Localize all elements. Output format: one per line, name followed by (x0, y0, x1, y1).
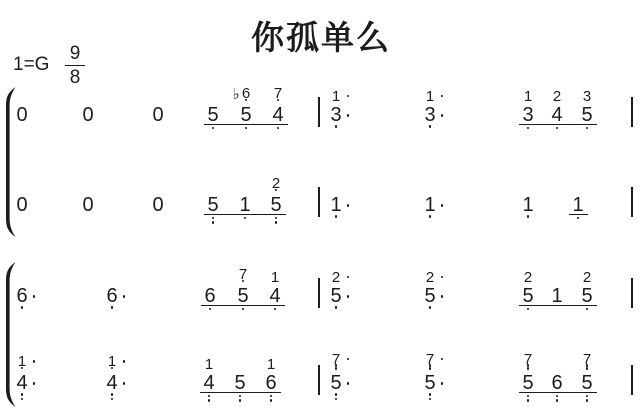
octave-dot (335, 306, 338, 309)
octave-dot (111, 306, 114, 309)
octave-dot (586, 364, 589, 367)
augmentation-dot (123, 382, 126, 385)
chord-upper-number: 1 (332, 89, 340, 104)
rest-number: 0 (82, 195, 93, 215)
note-number: 6 (551, 373, 562, 393)
chord-upper-number: 2 (524, 270, 532, 285)
octave-dot (335, 364, 338, 367)
octave-dot (527, 127, 530, 130)
augmentation-dot (347, 95, 350, 98)
note-number: 5 (270, 195, 281, 215)
octave-dot (208, 399, 211, 402)
octave-dot (429, 367, 432, 370)
rest-number: 0 (16, 195, 27, 215)
octave-dot (212, 127, 215, 130)
augmentation-dot (33, 295, 36, 298)
octave-dot (429, 125, 432, 128)
octave-dot (239, 399, 242, 402)
barline (631, 278, 633, 308)
note-number: 5 (207, 105, 218, 125)
augmentation-dot (347, 276, 350, 279)
octave-dot (586, 395, 589, 398)
augmentation-dot (33, 382, 36, 385)
octave-dot (209, 308, 212, 311)
octave-dot (275, 221, 278, 224)
note-number: 1 (424, 195, 435, 215)
augmentation-dot (441, 382, 444, 385)
note-number: 5 (330, 373, 341, 393)
octave-dot (21, 398, 24, 401)
octave-dot (429, 393, 432, 396)
note-number: 5 (207, 195, 218, 215)
augmentation-dot (123, 360, 126, 363)
sheet-music-page: 你孤单么 1=G 9 8 000556♭47313131425300051521… (0, 0, 642, 410)
note-number: 5 (581, 373, 592, 393)
augmentation-dot (441, 276, 444, 279)
chord-upper-number: 1 (267, 357, 275, 372)
barline (631, 365, 633, 395)
octave-dot (429, 306, 432, 309)
octave-dot (244, 217, 247, 220)
octave-dot (270, 399, 273, 402)
octave-dot (527, 395, 530, 398)
note-number: 6 (16, 286, 27, 306)
augmentation-dot (441, 114, 444, 117)
octave-dot (212, 221, 215, 224)
augmentation-dot (441, 358, 444, 361)
augmentation-dot (441, 295, 444, 298)
note-number: 6 (204, 286, 215, 306)
octave-dot (527, 308, 530, 311)
octave-dot (429, 398, 432, 401)
note-number: 1 (522, 195, 533, 215)
rest-number: 0 (152, 105, 163, 125)
augmentation-dot (347, 358, 350, 361)
chord-upper-number: 1 (205, 357, 213, 372)
barline (318, 97, 320, 127)
chord-upper-number: 2 (332, 270, 340, 285)
octave-dot (245, 127, 248, 130)
octave-dot (556, 399, 559, 402)
note-number: 1 (239, 195, 250, 215)
rest-number: 0 (16, 105, 27, 125)
augmentation-dot (33, 360, 36, 363)
note-number: 4 (16, 373, 27, 393)
note-number: 3 (522, 105, 533, 125)
note-number: 5 (424, 373, 435, 393)
octave-dot (335, 393, 338, 396)
augmentation-dot (441, 204, 444, 207)
octave-dot (21, 393, 24, 396)
octave-dot (586, 127, 589, 130)
note-number: 4 (269, 286, 280, 306)
barline (631, 187, 633, 217)
octave-dot (586, 308, 589, 311)
note-number: 1 (330, 195, 341, 215)
octave-dot (527, 364, 530, 367)
octave-dot (242, 308, 245, 311)
octave-dot (335, 367, 338, 370)
note-number: 5 (581, 105, 592, 125)
augmentation-dot (347, 114, 350, 117)
note-number: 5 (522, 286, 533, 306)
note-number: 5 (240, 105, 251, 125)
octave-dot (208, 395, 211, 398)
note-number: 5 (330, 286, 341, 306)
octave-dot (111, 398, 114, 401)
note-number: 4 (272, 105, 283, 125)
barline (318, 365, 320, 395)
note-number: 1 (572, 195, 583, 215)
octave-dot (586, 399, 589, 402)
octave-dot (527, 215, 530, 218)
barline (631, 97, 633, 127)
octave-dot (111, 393, 114, 396)
chord-upper-number: 1 (426, 89, 434, 104)
octave-dot (277, 127, 280, 130)
chord-upper-number: 3 (583, 89, 591, 104)
note-number: 5 (522, 373, 533, 393)
augmentation-dot (441, 95, 444, 98)
note-number: 6 (265, 373, 276, 393)
octave-dot (270, 395, 273, 398)
octave-dot (335, 398, 338, 401)
note-number: 5 (581, 286, 592, 306)
octave-dot (577, 217, 580, 220)
octave-dot (586, 367, 589, 370)
octave-dot (527, 399, 530, 402)
flat-sign-icon: ♭ (232, 87, 239, 102)
octave-dot (556, 395, 559, 398)
octave-dot (335, 215, 338, 218)
chord-upper-number: 1 (524, 89, 532, 104)
octave-dot (429, 215, 432, 218)
augmentation-dot (123, 295, 126, 298)
rest-number: 0 (82, 105, 93, 125)
note-number: 3 (424, 105, 435, 125)
augmentation-dot (347, 295, 350, 298)
octave-dot (21, 306, 24, 309)
octave-dot (556, 127, 559, 130)
note-number: 4 (551, 105, 562, 125)
chord-upper-number: 1 (271, 270, 279, 285)
octave-dot (527, 367, 530, 370)
octave-dot (275, 217, 278, 220)
chord-upper-number: 2 (426, 270, 434, 285)
barline (318, 187, 320, 217)
octave-dot (239, 395, 242, 398)
octave-dot (335, 125, 338, 128)
note-number: 5 (237, 286, 248, 306)
note-number: 6 (106, 286, 117, 306)
octave-dot (429, 364, 432, 367)
chord-upper-number: 2 (583, 270, 591, 285)
score-area: 000556♭473131314253000515211116665741525… (0, 0, 642, 410)
note-number: 4 (106, 373, 117, 393)
note-number: 4 (203, 373, 214, 393)
note-number: 3 (330, 105, 341, 125)
octave-dot (274, 308, 277, 311)
note-number: 1 (551, 286, 562, 306)
rest-number: 0 (152, 195, 163, 215)
augmentation-dot (347, 382, 350, 385)
barline (318, 278, 320, 308)
note-number: 5 (424, 286, 435, 306)
augmentation-dot (347, 204, 350, 207)
chord-upper-number: 2 (553, 89, 561, 104)
note-number: 5 (234, 373, 245, 393)
octave-dot (212, 217, 215, 220)
